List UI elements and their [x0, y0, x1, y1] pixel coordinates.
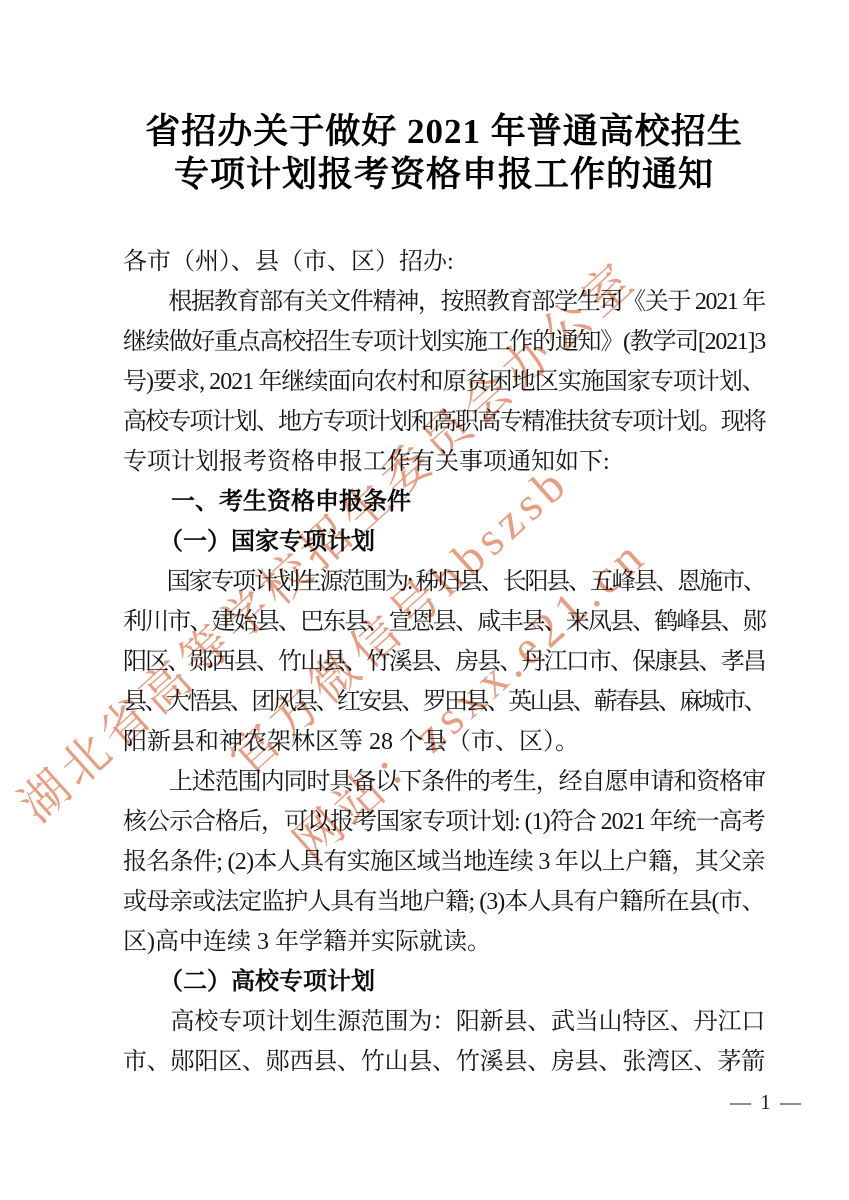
- doc-line: 一、考生资格申报条件: [123, 482, 765, 522]
- heading2: （一）国家专项计划: [123, 522, 765, 562]
- doc-line: 高校专项计划、地方专项计划和高职高专精准扶贫专项计划。现将: [123, 402, 765, 442]
- paragraph: 国家专项计划生源范围为: 秭归县、长阳县、五峰县、恩施市、利川市、建始县、巴东县…: [123, 562, 765, 762]
- page-title-line-2: 专项计划报考资格申报工作的通知: [123, 153, 765, 196]
- doc-line: 区)高中连续 3 年学籍并实际就读。: [123, 922, 765, 962]
- doc-line: 报名条件; (2)本人具有实施区域当地连续 3 年以上户籍，其父亲: [123, 842, 765, 882]
- page-title: 省招办关于做好 2021 年普通高校招生 专项计划报考资格申报工作的通知: [123, 110, 765, 196]
- doc-line: 阳新县和神农架林区等 28 个县（市、区）。: [123, 722, 765, 762]
- doc-line: 利川市、建始县、巴东县、宣恩县、咸丰县、来凤县、鹤峰县、郧: [123, 602, 765, 642]
- doc-line: 继续做好重点高校招生专项计划实施工作的通知》(教学司[2021]3: [123, 322, 765, 362]
- paragraph: 高校专项计划生源范围为：阳新县、武当山特区、丹江口市、郧阳区、郧西县、竹山县、竹…: [123, 1002, 765, 1082]
- paragraph: 上述范围内同时具备以下条件的考生，经自愿申请和资格审核公示合格后，可以报考国家专…: [123, 762, 765, 962]
- page-title-line-1: 省招办关于做好 2021 年普通高校招生: [123, 110, 765, 153]
- doc-line: 专项计划报考资格申报工作有关事项通知如下:: [123, 442, 765, 482]
- doc-line: （一）国家专项计划: [123, 522, 765, 562]
- document-page: 省招办关于做好 2021 年普通高校招生 专项计划报考资格申报工作的通知 各市（…: [0, 0, 849, 1200]
- heading2: （二）高校专项计划: [123, 962, 765, 1002]
- doc-line: 根据教育部有关文件精神，按照教育部学生司《关于 2021 年: [123, 282, 765, 322]
- doc-line: 高校专项计划生源范围为：阳新县、武当山特区、丹江口: [123, 1002, 765, 1042]
- paragraph: 根据教育部有关文件精神，按照教育部学生司《关于 2021 年继续做好重点高校招生…: [123, 282, 765, 482]
- document-body: 各市（州）、县（市、区）招办: 根据教育部有关文件精神，按照教育部学生司《关于 …: [123, 242, 765, 1082]
- doc-line: 或母亲或法定监护人具有当地户籍; (3)本人具有户籍所在县(市、: [123, 882, 765, 922]
- heading1: 一、考生资格申报条件: [123, 482, 765, 522]
- doc-line: 各市（州）、县（市、区）招办:: [123, 242, 765, 282]
- doc-line: 市、郧阳区、郧西县、竹山县、竹溪县、房县、张湾区、茅箭: [123, 1042, 765, 1082]
- doc-line: 号)要求, 2021 年继续面向农村和原贫困地区实施国家专项计划、: [123, 362, 765, 402]
- salutation: 各市（州）、县（市、区）招办:: [123, 242, 765, 282]
- doc-line: （二）高校专项计划: [123, 962, 765, 1002]
- doc-line: 国家专项计划生源范围为: 秭归县、长阳县、五峰县、恩施市、: [123, 562, 765, 602]
- doc-line: 阳区、郧西县、竹山县、竹溪县、房县、丹江口市、保康县、孝昌: [123, 642, 765, 682]
- doc-line: 县、大悟县、团风县、红安县、罗田县、英山县、蕲春县、麻城市、: [123, 682, 765, 722]
- doc-line: 上述范围内同时具备以下条件的考生，经自愿申请和资格审: [123, 762, 765, 802]
- page-number: — 1 —: [730, 1090, 803, 1115]
- doc-line: 核公示合格后，可以报考国家专项计划: (1)符合 2021 年统一高考: [123, 802, 765, 842]
